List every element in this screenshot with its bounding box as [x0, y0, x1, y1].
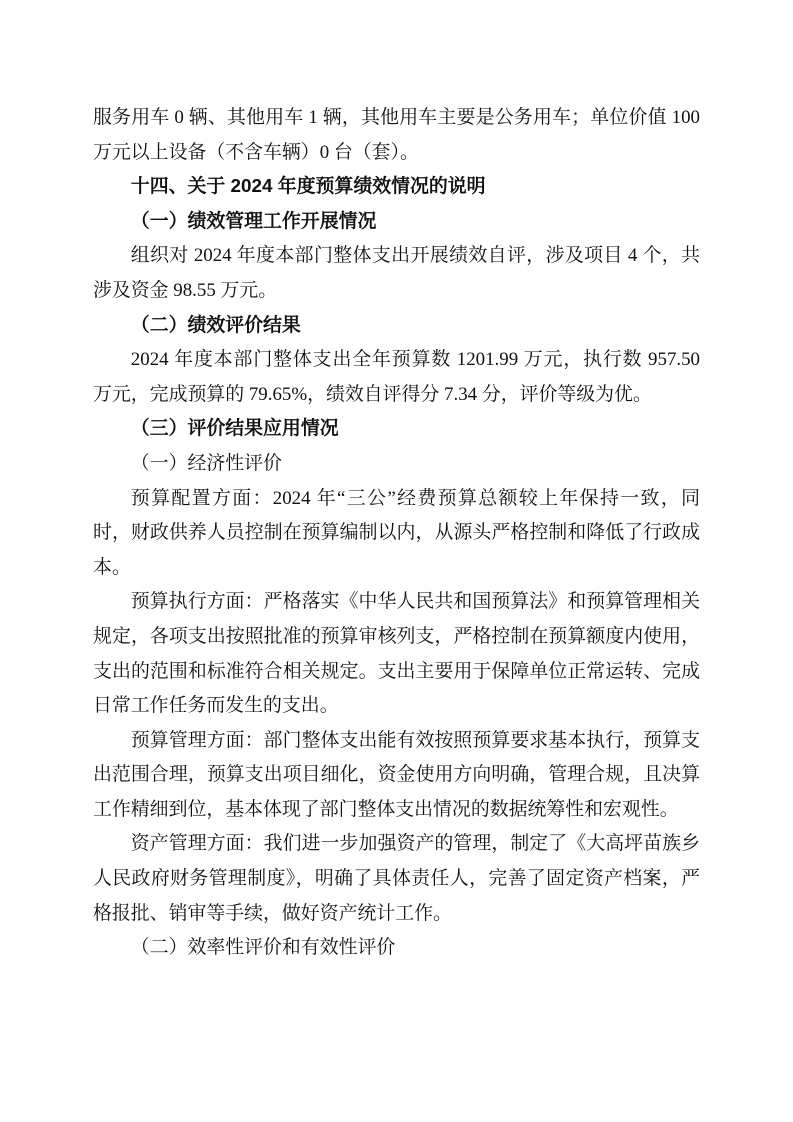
subsection-heading-3: （三）评价结果应用情况: [93, 412, 700, 447]
doc-line: 规定，各项支出按照批准的预算审核列支，严格控制在预算额度内使用，: [93, 620, 700, 655]
doc-line: 万元以上设备（不含车辆）0 台（套）。: [93, 136, 700, 171]
doc-line: 人民政府财务管理制度》，明确了具体责任人，完善了固定资产档案，严: [93, 862, 700, 897]
doc-line: 出范围合理，预算支出项目细化，资金使用方向明确，管理合规，且决算: [93, 758, 700, 793]
doc-line: 2024 年度本部门整体支出全年预算数 1201.99 万元，执行数 957.5…: [93, 343, 700, 378]
doc-line: 组织对 2024 年度本部门整体支出开展绩效自评，涉及项目 4 个，共: [93, 239, 700, 274]
doc-line: 万元，完成预算的 79.65%，绩效自评得分 7.34 分，评价等级为优。: [93, 378, 700, 413]
subpoint-heading-1: （一）经济性评价: [93, 447, 700, 482]
doc-line: 格报批、销审等手续，做好资产统计工作。: [93, 897, 700, 932]
doc-line: 预算管理方面：部门整体支出能有效按照预算要求基本执行，预算支: [93, 724, 700, 759]
subsection-heading-1: （一）绩效管理工作开展情况: [93, 205, 700, 240]
doc-line: 涉及资金 98.55 万元。: [93, 274, 700, 309]
doc-line: 预算执行方面：严格落实《中华人民共和国预算法》和预算管理相关: [93, 585, 700, 620]
doc-line: 工作精细到位，基本体现了部门整体支出情况的数据统筹性和宏观性。: [93, 793, 700, 828]
doc-line: 支出的范围和标准符合相关规定。支出主要用于保障单位正常运转、完成: [93, 655, 700, 690]
doc-line: 资产管理方面：我们进一步加强资产的管理，制定了《大高坪苗族乡: [93, 827, 700, 862]
doc-line: 时，财政供养人员控制在预算编制以内，从源头严格控制和降低了行政成: [93, 516, 700, 551]
doc-line: 预算配置方面：2024 年“三公”经费预算总额较上年保持一致，同: [93, 482, 700, 517]
section-heading: 十四、关于 2024 年度预算绩效情况的说明: [93, 170, 700, 205]
subsection-heading-2: （二）绩效评价结果: [93, 309, 700, 344]
document-page: 服务用车 0 辆、其他用车 1 辆，其他用车主要是公务用车；单位价值 100 万…: [0, 0, 793, 1122]
doc-line: 服务用车 0 辆、其他用车 1 辆，其他用车主要是公务用车；单位价值 100: [93, 101, 700, 136]
doc-line: 本。: [93, 551, 700, 586]
doc-line: 日常工作任务而发生的支出。: [93, 689, 700, 724]
subpoint-heading-2: （二）效率性评价和有效性评价: [93, 931, 700, 966]
